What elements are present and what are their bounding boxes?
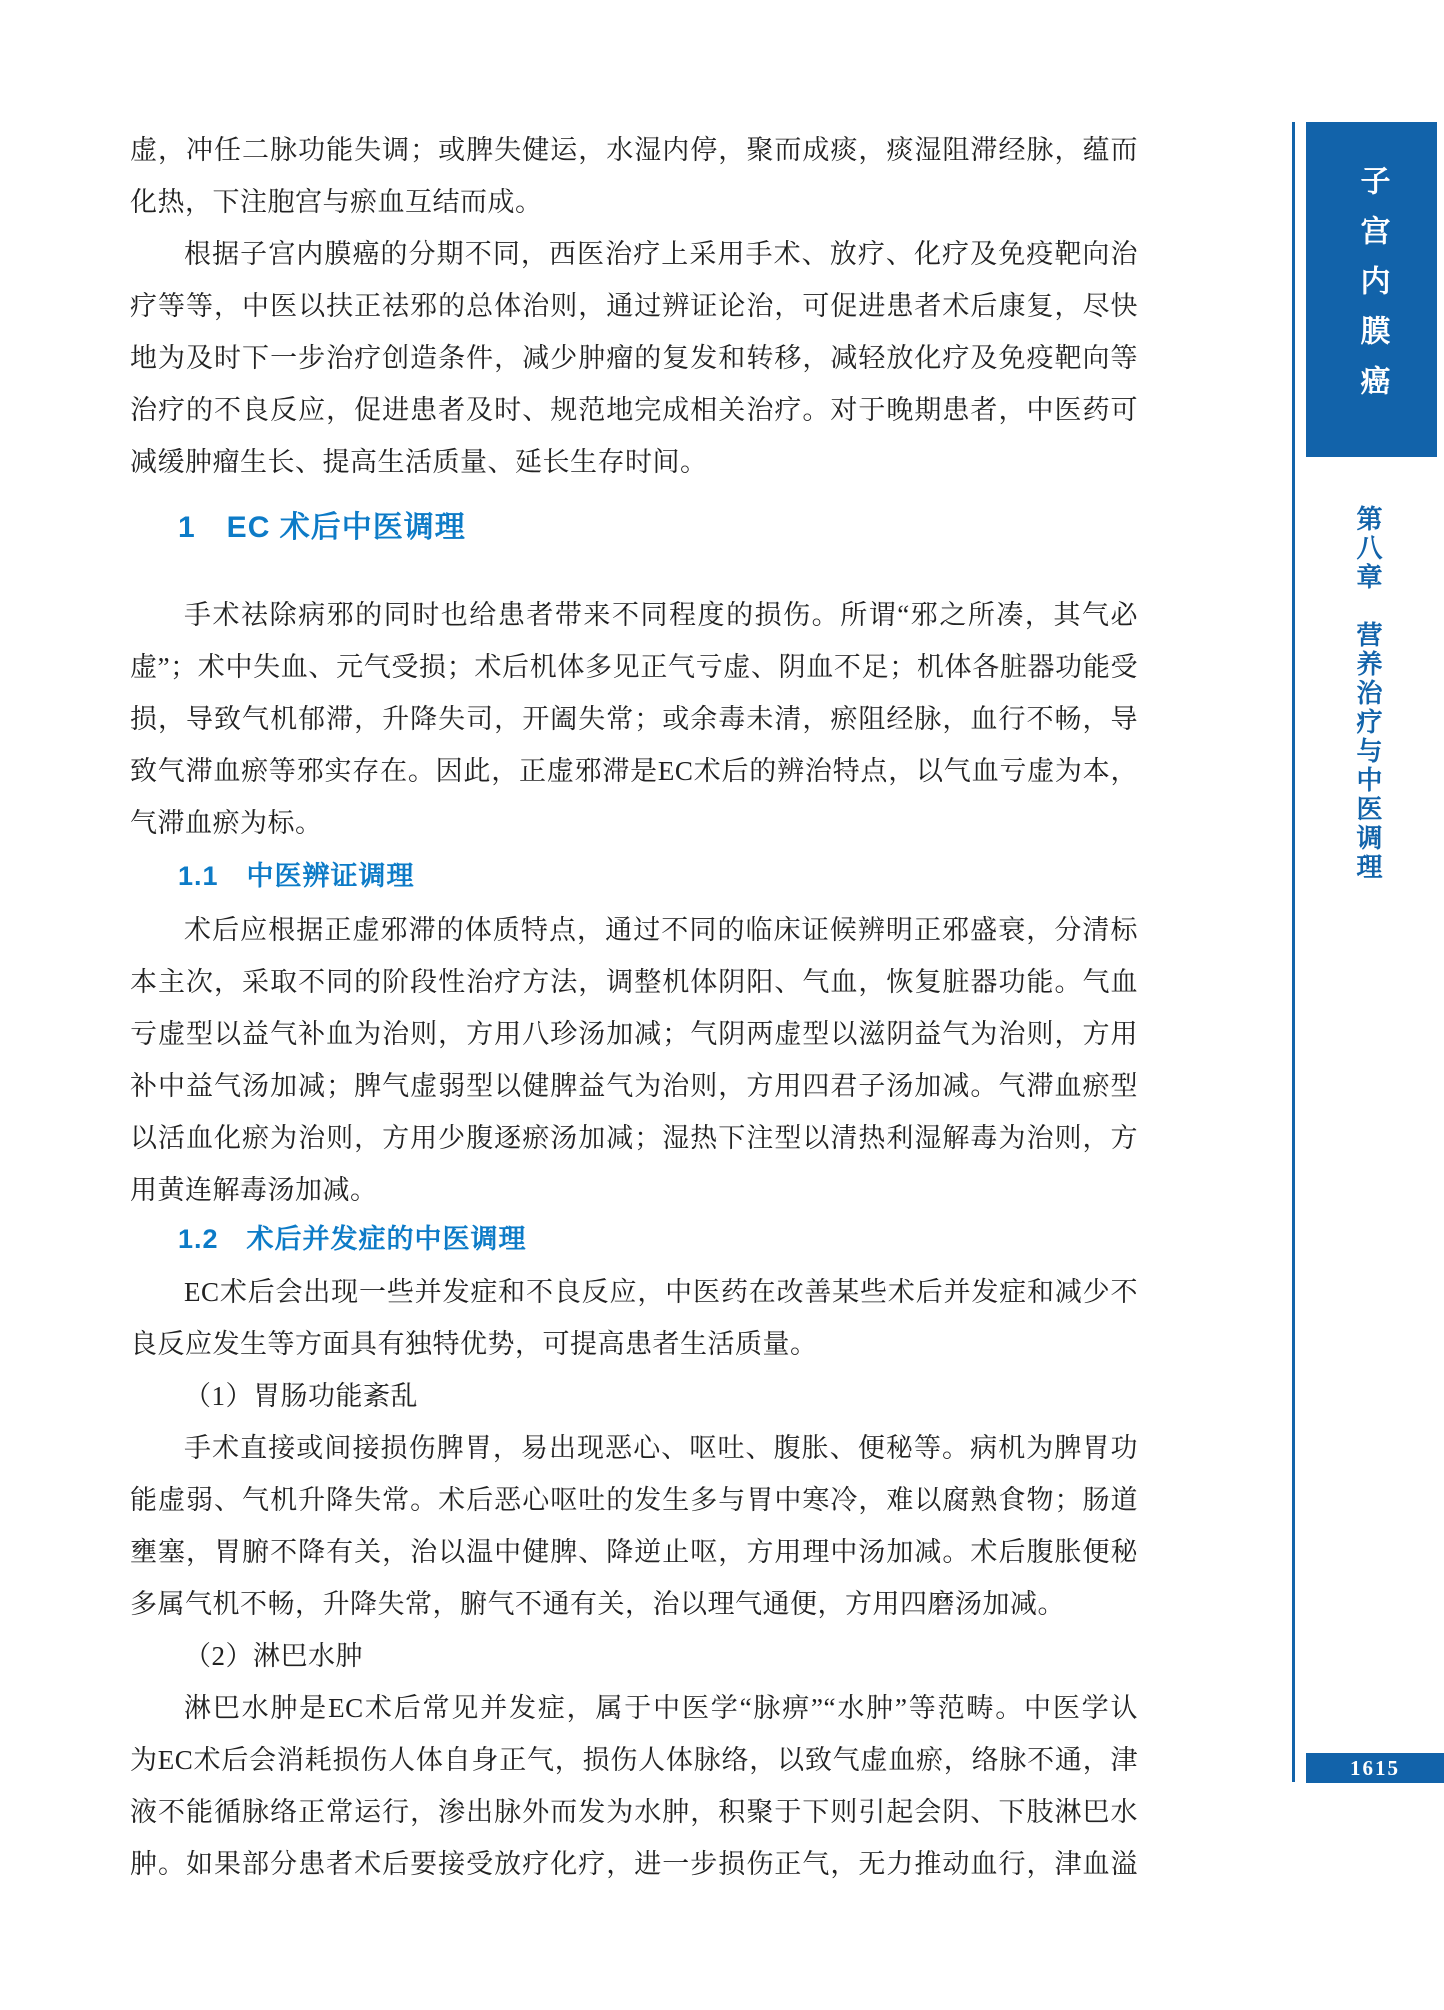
body-line: 液不能循脉络正常运行，渗出脉外而发为水肿，积聚于下则引起会阴、下肢淋巴水 <box>130 1786 1138 1838</box>
body-line: EC术后会出现一些并发症和不良反应，中医药在改善某些术后并发症和减少不 <box>130 1266 1138 1318</box>
body-line: 气滞血瘀为标。 <box>130 797 1138 849</box>
body-line: 化热，下注胞宫与瘀血互结而成。 <box>130 176 1138 228</box>
body-line: 减缓肿瘤生长、提高生活质量、延长生存时间。 <box>130 436 1138 488</box>
chapter-tab-title: 子宫内膜癌 <box>1350 165 1394 415</box>
body-line: 手术直接或间接损伤脾胃，易出现恶心、呕吐、腹胀、便秘等。病机为脾胃功 <box>130 1422 1138 1474</box>
paragraph-overview: 根据子宫内膜癌的分期不同，西医治疗上采用手术、放疗、化疗及免疫靶向治 疗等等，中… <box>130 228 1138 488</box>
body-line: 肿。如果部分患者术后要接受放疗化疗，进一步损伤正气，无力推动血行，津血溢 <box>130 1838 1138 1890</box>
body-line: 虚，冲任二脉功能失调；或脾失健运，水湿内停，聚而成痰，痰湿阻滞经脉，蕴而 <box>130 124 1138 176</box>
body-line: 良反应发生等方面具有独特优势，可提高患者生活质量。 <box>130 1318 1138 1370</box>
body-line: 术后应根据正虚邪滞的体质特点，通过不同的临床证候辨明正邪盛衰，分清标 <box>130 904 1138 956</box>
body-line: 本主次，采取不同的阶段性治疗方法，调整机体阴阳、气血，恢复脏器功能。气血 <box>130 956 1138 1008</box>
body-line: 能虚弱、气机升降失常。术后恶心呕吐的发生多与胃中寒冷，难以腐熟食物；肠道 <box>130 1474 1138 1526</box>
body-line: 用黄连解毒汤加减。 <box>130 1164 1138 1216</box>
paragraph-gastrointestinal: 手术直接或间接损伤脾胃，易出现恶心、呕吐、腹胀、便秘等。病机为脾胃功 能虚弱、气… <box>130 1422 1138 1630</box>
section-heading-1-1: 1.1 中医辨证调理 <box>130 857 1138 895</box>
paragraph-complications: EC术后会出现一些并发症和不良反应，中医药在改善某些术后并发症和减少不 良反应发… <box>130 1266 1138 1370</box>
book-page: { "colors": { "heading_blue": "#0d7bc7",… <box>0 0 1444 2010</box>
paragraph-surgery: 手术祛除病邪的同时也给患者带来不同程度的损伤。所谓“邪之所凑，其气必 虚”；术中… <box>130 589 1138 849</box>
body-line: 补中益气汤加减；脾气虚弱型以健脾益气为治则，方用四君子汤加减。气滞血瘀型 <box>130 1060 1138 1112</box>
body-line: 多属气机不畅，升降失常，腑气不通有关，治以理气通便，方用四磨汤加减。 <box>130 1578 1138 1630</box>
body-line: 虚”；术中失血、元气受损；术后机体多见正气亏虚、阴血不足；机体各脏器功能受 <box>130 641 1138 693</box>
body-line: 根据子宫内膜癌的分期不同，西医治疗上采用手术、放疗、化疗及免疫靶向治 <box>130 228 1138 280</box>
body-line: 壅塞，胃腑不降有关，治以温中健脾、降逆止呕，方用理中汤加减。术后腹胀便秘 <box>130 1526 1138 1578</box>
paragraph-syndrome-differentiation: 术后应根据正虚邪滞的体质特点，通过不同的临床证候辨明正邪盛衰，分清标 本主次，采… <box>130 904 1138 1216</box>
item-2-title: （2）淋巴水肿 <box>130 1630 1138 1682</box>
body-line: 以活血化瘀为治则，方用少腹逐瘀汤加减；湿热下注型以清热利湿解毒为治则，方 <box>130 1112 1138 1164</box>
paragraph-carryover: 虚，冲任二脉功能失调；或脾失健运，水湿内停，聚而成痰，痰湿阻滞经脉，蕴而 化热，… <box>130 124 1138 228</box>
section-heading-1: 1 EC 术后中医调理 <box>130 502 1138 554</box>
body-line: 亏虚型以益气补血为治则，方用八珍汤加减；气阴两虚型以滋阴益气为治则，方用 <box>130 1008 1138 1060</box>
chapter-tab: 子宫内膜癌 <box>1306 122 1437 457</box>
body-line: 治疗的不良反应，促进患者及时、规范地完成相关治疗。对于晚期患者，中医药可 <box>130 384 1138 436</box>
body-line: 为EC术后会消耗损伤人体自身正气，损伤人体脉络，以致气虚血瘀，络脉不通，津 <box>130 1734 1138 1786</box>
body-line: 地为及时下一步治疗创造条件，减少肿瘤的复发和转移，减轻放化疗及免疫靶向等 <box>130 332 1138 384</box>
section-heading-1-2: 1.2 术后并发症的中医调理 <box>130 1220 1138 1258</box>
body-line: 手术祛除病邪的同时也给患者带来不同程度的损伤。所谓“邪之所凑，其气必 <box>130 589 1138 641</box>
body-line: 损，导致气机郁滞，升降失司，开阖失常；或余毒未清，瘀阻经脉，血行不畅，导 <box>130 693 1138 745</box>
body-line: 淋巴水肿是EC术后常见并发症，属于中医学“脉痹”“水肿”等范畴。中医学认 <box>130 1682 1138 1734</box>
chapter-title-vertical: 第八章 营养治疗与中医调理 <box>1349 505 1386 905</box>
paragraph-lymphedema: 淋巴水肿是EC术后常见并发症，属于中医学“脉痹”“水肿”等范畴。中医学认 为EC… <box>130 1682 1138 1890</box>
body-line: 致气滞血瘀等邪实存在。因此，正虚邪滞是EC术后的辨治特点，以气血亏虚为本， <box>130 745 1138 797</box>
body-line: 疗等等，中医以扶正祛邪的总体治则，通过辨证论治，可促进患者术后康复，尽快 <box>130 280 1138 332</box>
sidebar-divider-line <box>1292 122 1295 1782</box>
page-number-badge: 1615 <box>1306 1753 1444 1783</box>
item-1-title: （1）胃肠功能紊乱 <box>130 1370 1138 1422</box>
body-text-column: 虚，冲任二脉功能失调；或脾失健运，水湿内停，聚而成痰，痰湿阻滞经脉，蕴而 化热，… <box>130 124 1138 1890</box>
